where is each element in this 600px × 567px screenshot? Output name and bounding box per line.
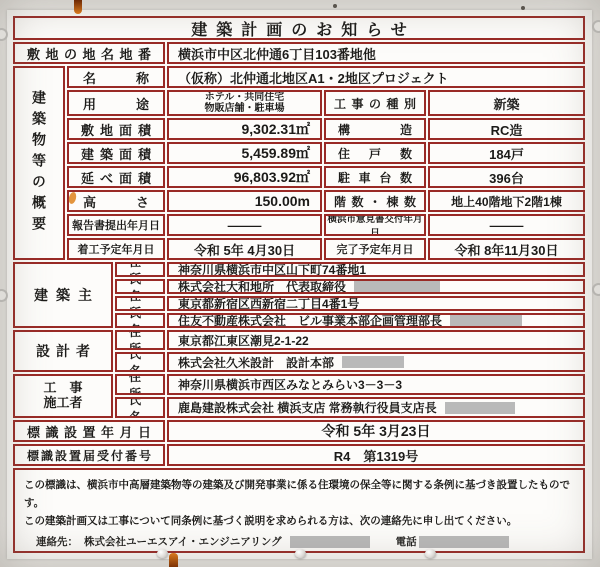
designer-name-value: 株式会社久米設計 設計本部 <box>178 354 334 371</box>
completion-date-label: 完了予定年月日 <box>326 241 424 257</box>
redacted-phone <box>419 536 509 548</box>
completion-date-value-cell: 令和 8年11月30日 <box>428 238 585 260</box>
site-area-label: 敷地面積 <box>69 120 163 139</box>
owner-name1-label: 氏名 <box>117 279 163 294</box>
designer-address-label-cell: 住所 <box>115 330 165 350</box>
site-area-value: 9,302.31㎡ <box>169 119 320 139</box>
unit-count-value: 184戸 <box>430 144 583 163</box>
owner-address1-label: 住所 <box>117 262 163 277</box>
report-date-label-cell: 報告書提出年月日 <box>67 214 165 236</box>
contractor-address-value: 神奈川県横浜市西区みなとみらい3－3－3 <box>169 376 583 393</box>
footer-line1: この標識は、横浜市中高層建築物等の建築及び開発事業に係る住環境の保全等に関する条… <box>24 477 574 513</box>
contractor-name-label: 氏名 <box>117 397 163 418</box>
parking-label: 駐車台数 <box>326 169 424 186</box>
usage-label-cell: 用途 <box>67 90 165 116</box>
structure-label-cell: 構造 <box>324 118 426 140</box>
floors-value: 地上40階地下2階1棟 <box>430 193 583 210</box>
height-value-cell: 150.00m <box>167 190 322 212</box>
project-name-label: 名称 <box>69 68 163 87</box>
structure-value: RC造 <box>430 120 583 139</box>
building-area-label: 建築面積 <box>69 144 163 163</box>
designer-name-label-cell: 氏名 <box>115 352 165 372</box>
footer-notice-cell: この標識は、横浜市中高層建築物等の建築及び開発事業に係る住環境の保全等に関する条… <box>13 468 585 553</box>
owner-address2-label-cell: 住所 <box>115 296 165 311</box>
owner-address1-value: 神奈川県横浜市中区山下町74番地1 <box>169 262 583 277</box>
site-area-label-cell: 敷地面積 <box>67 118 165 140</box>
designer-address-label: 住所 <box>117 330 163 350</box>
unit-count-value-cell: 184戸 <box>428 142 585 164</box>
owner-group-cell: 建築主 <box>13 262 113 328</box>
owner-name1-label-cell: 氏名 <box>115 279 165 294</box>
install-date-value-cell: 令和 5年 3月23日 <box>167 420 585 442</box>
owner-address2-label: 住所 <box>117 296 163 311</box>
total-floor-area-label: 延べ面積 <box>69 168 163 187</box>
owner-name2-value: 住友不動産株式会社 ビル事業本部企画管理部長 <box>178 313 442 328</box>
owner-address1-label-cell: 住所 <box>115 262 165 277</box>
structure-label: 構造 <box>326 121 424 138</box>
structure-value-cell: RC造 <box>428 118 585 140</box>
owner-address1-value-cell: 神奈川県横浜市中区山下町74番地1 <box>167 262 585 277</box>
floors-label: 階数・棟数 <box>326 193 424 210</box>
total-floor-area-value: 96,803.92㎡ <box>169 167 320 187</box>
completion-date-value: 令和 8年11月30日 <box>430 240 583 259</box>
building-area-label-cell: 建築面積 <box>67 142 165 164</box>
site-address-value: 横浜市中区北仲通6丁目103番地他 <box>169 44 583 63</box>
report-date-value-cell: ― <box>167 214 322 236</box>
height-label-cell: 高さ <box>67 190 165 212</box>
city-opinion-value-cell: ― <box>428 214 585 236</box>
designer-name-value-cell: 株式会社久米設計 設計本部 <box>167 352 585 372</box>
overview-group-label: 建築物等の概要 <box>29 90 49 237</box>
construction-notice-sign: 建築計画のお知らせ 敷地の地名地番 横浜市中区北仲通6丁目103番地他 建築物等… <box>7 10 592 559</box>
redacted-designer-name <box>342 356 404 368</box>
designer-address-value-cell: 東京都江東区潮見2-1-22 <box>167 330 585 350</box>
project-name-label-cell: 名称 <box>67 66 165 88</box>
contractor-group-label-line2: 施工者 <box>43 396 82 411</box>
notice-title: 建築計画のお知らせ <box>13 16 585 40</box>
redacted-contractor-name <box>445 402 515 414</box>
contractor-group-cell: 工 事 施工者 <box>13 374 113 418</box>
usage-value-cell: ホテル・共同住宅 物販店舗・駐車場 <box>167 90 322 116</box>
parking-value: 396台 <box>430 168 583 187</box>
usage-label: 用途 <box>69 94 163 113</box>
city-opinion-dash: ― <box>490 218 524 233</box>
designer-group-label: 設計者 <box>30 341 96 361</box>
total-floor-area-label-cell: 延べ面積 <box>67 166 165 188</box>
report-date-dash: ― <box>228 218 262 233</box>
rust-stain-bottom <box>169 553 178 567</box>
contractor-address-label-cell: 住所 <box>115 374 165 395</box>
contractor-address-value-cell: 神奈川県横浜市西区みなとみらい3－3－3 <box>167 374 585 395</box>
notice-table: 建築計画のお知らせ 敷地の地名地番 横浜市中区北仲通6丁目103番地他 建築物等… <box>13 16 585 553</box>
unit-count-label-cell: 住戸数 <box>324 142 426 164</box>
work-type-label: 工事の種別 <box>326 95 424 112</box>
site-address-label: 敷地の地名地番 <box>15 44 163 63</box>
phone-label: 電話 <box>396 534 417 552</box>
sign-photo-background: 建築計画のお知らせ 敷地の地名地番 横浜市中区北仲通6丁目103番地他 建築物等… <box>0 0 600 567</box>
receipt-number-label-cell: 標識設置届受付番号 <box>13 444 165 466</box>
owner-address2-value-cell: 東京都新宿区西新宿二丁目4番1号 <box>167 296 585 311</box>
report-date-label: 報告書提出年月日 <box>69 217 163 233</box>
site-address-label-cell: 敷地の地名地番 <box>13 42 165 64</box>
site-address-value-cell: 横浜市中区北仲通6丁目103番地他 <box>167 42 585 64</box>
building-area-value-cell: 5,459.89㎡ <box>167 142 322 164</box>
bottom-screw-2 <box>295 549 306 558</box>
designer-group-cell: 設計者 <box>13 330 113 372</box>
edge-clip-right-1 <box>592 20 600 33</box>
contractor-group-label-line1: 工 事 <box>43 381 82 396</box>
floors-label-cell: 階数・棟数 <box>324 190 426 212</box>
edge-clip-right-2 <box>592 283 600 296</box>
parking-value-cell: 396台 <box>428 166 585 188</box>
owner-address2-value: 東京都新宿区西新宿二丁目4番1号 <box>169 296 583 311</box>
bottom-screw-3 <box>425 549 436 558</box>
install-date-value: 令和 5年 3月23日 <box>169 421 583 441</box>
owner-name2-value-cell: 住友不動産株式会社 ビル事業本部企画管理部長 <box>167 313 585 328</box>
contractor-name-value: 鹿島建設株式会社 横浜支店 常務執行役員支店長 <box>178 399 437 416</box>
top-screw-dot-2 <box>521 6 525 10</box>
start-date-value-cell: 令和 5年 4月30日 <box>167 238 322 260</box>
unit-count-label: 住戸数 <box>326 145 424 162</box>
start-date-label: 着工予定年月日 <box>69 241 163 257</box>
contact-label: 連絡先： <box>36 534 78 552</box>
floors-value-cell: 地上40階地下2階1棟 <box>428 190 585 212</box>
start-date-value: 令和 5年 4月30日 <box>169 240 320 259</box>
footer-line2: この建築計画又は工事について同条例に基づく説明を求められる方は、次の連絡先に申し… <box>24 513 574 531</box>
height-label: 高さ <box>69 192 163 211</box>
start-date-label-cell: 着工予定年月日 <box>67 238 165 260</box>
city-opinion-label: 横浜市意見書交付年月日 <box>326 214 424 236</box>
parking-label-cell: 駐車台数 <box>324 166 426 188</box>
designer-address-value: 東京都江東区潮見2-1-22 <box>169 332 583 349</box>
receipt-number-value: R4 第1319号 <box>169 446 583 465</box>
project-name-value: （仮称）北仲通北地区A1・2地区プロジェクト <box>169 68 583 87</box>
rust-stain-top <box>74 0 82 14</box>
designer-name-label: 氏名 <box>117 352 163 372</box>
install-date-label: 標識設置年月日 <box>15 422 163 441</box>
contractor-address-label: 住所 <box>117 374 163 395</box>
work-type-value-cell: 新築 <box>428 90 585 116</box>
site-area-value-cell: 9,302.31㎡ <box>167 118 322 140</box>
usage-value-line1: ホテル・共同住宅 <box>205 92 285 104</box>
bottom-screw-1 <box>157 549 168 558</box>
project-name-value-cell: （仮称）北仲通北地区A1・2地区プロジェクト <box>167 66 585 88</box>
redacted-owner-name1 <box>354 281 440 293</box>
usage-value-line2: 物販店舗・駐車場 <box>205 103 285 115</box>
total-floor-area-value-cell: 96,803.92㎡ <box>167 166 322 188</box>
contact-name: 株式会社ユーエスアイ・エンジニアリング <box>84 534 282 552</box>
notice-title-text: 建築計画のお知らせ <box>182 17 416 40</box>
owner-name1-value: 株式会社大和地所 代表取締役 <box>178 279 346 294</box>
work-type-value: 新築 <box>430 94 583 113</box>
owner-name2-label: 氏名 <box>117 313 163 328</box>
height-value: 150.00m <box>169 193 320 209</box>
contractor-name-value-cell: 鹿島建設株式会社 横浜支店 常務執行役員支店長 <box>167 397 585 418</box>
contractor-name-label-cell: 氏名 <box>115 397 165 418</box>
receipt-number-label: 標識設置届受付番号 <box>15 447 163 464</box>
owner-group-label: 建築主 <box>26 285 100 305</box>
building-area-value: 5,459.89㎡ <box>169 143 320 163</box>
owner-name2-label-cell: 氏名 <box>115 313 165 328</box>
owner-name1-value-cell: 株式会社大和地所 代表取締役 <box>167 279 585 294</box>
receipt-number-value-cell: R4 第1319号 <box>167 444 585 466</box>
redacted-owner-name2 <box>450 315 522 327</box>
install-date-label-cell: 標識設置年月日 <box>13 420 165 442</box>
redacted-contact <box>290 536 370 548</box>
completion-date-label-cell: 完了予定年月日 <box>324 238 426 260</box>
top-screw-dot-1 <box>333 4 337 8</box>
city-opinion-label-cell: 横浜市意見書交付年月日 <box>324 214 426 236</box>
work-type-label-cell: 工事の種別 <box>324 90 426 116</box>
overview-group-cell: 建築物等の概要 <box>13 66 65 260</box>
